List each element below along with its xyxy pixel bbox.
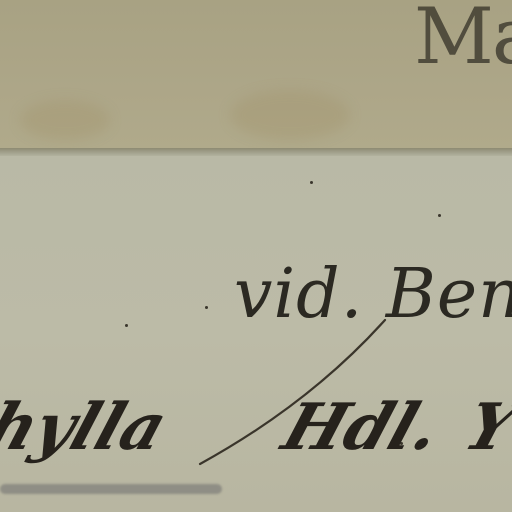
herbarium-label-photo: Ma vid. Ben hylla Hdl. Y [0,0,512,512]
handwritten-epithet: hylla [0,390,176,465]
pencil-underline [0,484,222,494]
handwritten-collector-abbrev: Hdl. [274,390,450,465]
